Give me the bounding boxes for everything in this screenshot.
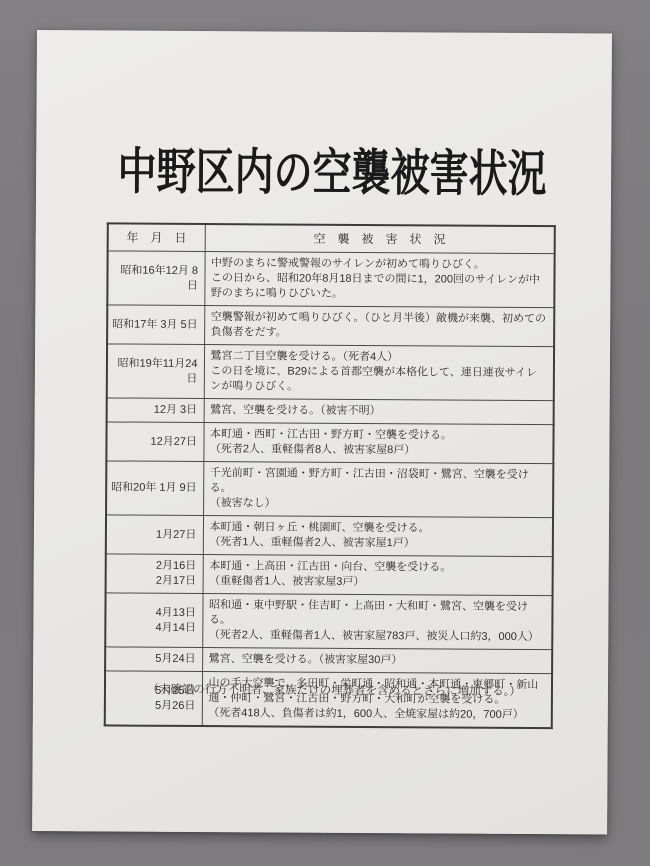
row-description-cell: 本町通・朝日ヶ丘・桃園町、空襲を受ける。 （死者1人、重軽傷者2人、被害家屋1戸… [203, 516, 553, 557]
table-row: 12月27日 本町通・西町・江古田・野方町・空襲を受ける。 （死者2人、重軽傷者… [106, 422, 553, 464]
row-description-cell: 山の手大空襲で、多田町・栄町通・昭和通・本町通・東郷町・新山通・仲町・鷺宮・江古… [202, 672, 552, 729]
row-description-cell: 千光前町・宮園通・野方町・江古田・沼袋町・鷺宮、空襲を受ける。 （被害なし） [203, 462, 553, 518]
table-row: 昭和16年12月 8日 中野のまちに警戒警報のサイレンが初めて鳴りひびく。 この… [107, 251, 554, 308]
document-paper: 中野区内の空襲被害状況 年 月 日 空 襲 被 害 状 況 昭和16年12月 8… [32, 30, 612, 834]
row-date-cell: 4月13日 4月14日 [105, 593, 202, 648]
table-row: 昭和17年 3月 5日 空襲警報が初めて鳴りひびく。（ひと月半後）敵機が来襲、初… [107, 305, 554, 347]
row-date-cell: 2月16日 2月17日 [106, 554, 203, 594]
row-description-cell: 昭和通・東中野駅・住吉町・上高田・大和町・鷺宮、空襲を受ける。 （死者2人、重軽… [202, 594, 552, 650]
row-date-cell: 昭和19年11月24日 [107, 344, 204, 399]
table-row: 5月24日 鷺宮、空襲を受ける。（被害家屋30戸） [105, 647, 552, 674]
row-description-cell: 空襲警報が初めて鳴りひびく。（ひと月半後）敵機が来襲、初めての負傷者をだす。 [204, 306, 554, 347]
row-description-cell: 本町通・上高田・江古田・向台、空襲を受ける。 （重軽傷者1人、被害家屋3戸） [203, 555, 553, 596]
table-row: 12月 3日 鷺宮、空襲を受ける。（被害不明） [107, 398, 554, 425]
row-description-cell: 鷺宮、空襲を受ける。（被害不明） [204, 399, 554, 425]
table-header-row: 年 月 日 空 襲 被 害 状 況 [108, 223, 555, 253]
table-body: 昭和16年12月 8日 中野のまちに警戒警報のサイレンが初めて鳴りひびく。 この… [105, 251, 555, 728]
row-date-cell: 5月25日 5月26日 [105, 671, 202, 726]
header-description-column: 空 襲 被 害 状 況 [205, 224, 555, 254]
table-row: 2月16日 2月17日 本町通・上高田・江古田・向台、空襲を受ける。 （重軽傷者… [106, 554, 553, 596]
row-date-cell: 昭和16年12月 8日 [107, 251, 204, 306]
table-row: 4月13日 4月14日 昭和通・東中野駅・住吉町・上高田・大和町・鷺宮、空襲を受… [105, 593, 552, 650]
table-row: 5月25日 5月26日 山の手大空襲で、多田町・栄町通・昭和通・本町通・東郷町・… [105, 671, 552, 728]
row-date-cell: 12月 3日 [107, 398, 204, 423]
row-description-cell: 中野のまちに警戒警報のサイレンが初めて鳴りひびく。 この日から、昭和20年8月1… [204, 252, 554, 308]
header-date-column: 年 月 日 [108, 223, 205, 251]
row-date-cell: 昭和20年 1月 9日 [106, 461, 203, 516]
page-title-text: 中野区内の空襲被害状況 [117, 144, 546, 202]
row-date-cell: 昭和17年 3月 5日 [107, 305, 204, 345]
row-description-cell: 本町通・西町・江古田・野方町・空襲を受ける。 （死者2人、重軽傷者8人、被害家屋… [203, 423, 553, 464]
table-row: 昭和19年11月24日 鷺宮二丁目空襲を受ける。（死者4人） この日を境に、B2… [107, 344, 554, 401]
row-description-cell: 鷺宮、空襲を受ける。（被害家屋30戸） [202, 648, 552, 674]
row-date-cell: 12月27日 [106, 422, 203, 462]
page-title: 中野区内の空襲被害状況 [36, 143, 611, 202]
air-raid-damage-table: 年 月 日 空 襲 被 害 状 況 昭和16年12月 8日 中野のまちに警戒警報… [104, 222, 556, 729]
table-row: 昭和20年 1月 9日 千光前町・宮園通・野方町・江古田・沼袋町・鷺宮、空襲を受… [106, 461, 553, 518]
photo-background: { "page": { "title": "中野区内の空襲被害状況", "foo… [0, 0, 650, 866]
footnote: （未確認の行方不明者、家族だけの埋葬者を含めるとさらに増加する。） [104, 680, 564, 699]
table-header: 年 月 日 空 襲 被 害 状 況 [108, 223, 555, 253]
table-row: 1月27日 本町通・朝日ヶ丘・桃園町、空襲を受ける。 （死者1人、重軽傷者2人、… [106, 515, 553, 557]
row-description-cell: 鷺宮二丁目空襲を受ける。（死者4人） この日を境に、B29による首都空襲が本格化… [204, 345, 554, 401]
row-date-cell: 1月27日 [106, 515, 203, 555]
row-date-cell: 5月24日 [105, 647, 202, 672]
